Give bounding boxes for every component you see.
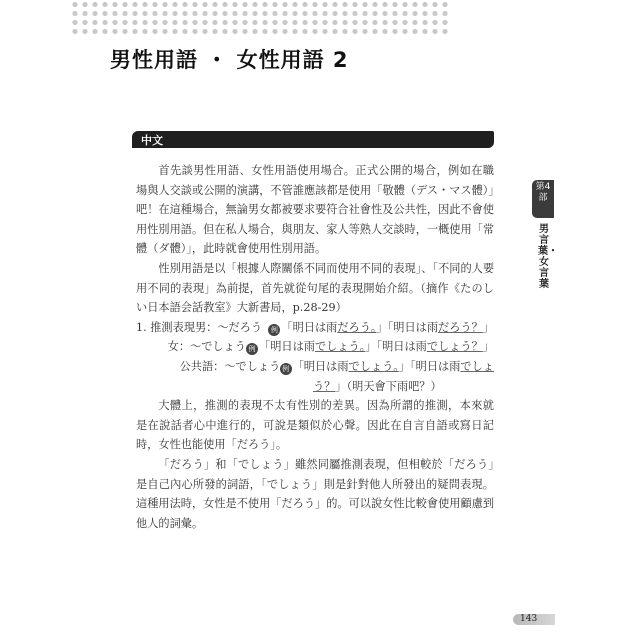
chapter-tab: 第4部 [532,180,554,218]
example-text: 」 [483,321,494,334]
example-underlined: う？ [313,380,335,393]
examples-block: 1. 推測表現 男：～だろう 例「明日は雨だろう。」「明日は雨だろう？」 女：～… [136,318,494,396]
example-row: 公共語：～でしょう 例「明日は雨でしょう。」「明日は雨でしょ [136,357,494,377]
body-text: 首先談男性用語、女性用語使用場合。正式公開的場合，例如在職場與人交談或公開的演講… [136,161,494,533]
example-underlined: だろう？ [438,321,483,334]
example-text: 「明日は雨 [259,340,315,353]
dot-pattern-decoration [70,0,452,36]
paragraph: 性別用語是以「根據人際關係不同而使用不同的表現」、「不同的人要用不同的表現」為前… [136,259,494,318]
page-title: 男性用語 ・ 女性用語 2 [110,44,349,74]
example-icon: 例 [246,343,258,355]
example-text: 「明日は雨 [388,321,438,334]
paragraph: 大體上，推測的表現不太有性別的差異。因為所謂的推測，本來就是在說話者心中進行的，… [136,396,494,455]
example-underlined: でしょう。 [315,340,365,353]
example-row: う？」（明天會下雨吧？） [136,377,494,397]
example-text: 「明日は雨 [410,360,460,373]
paragraph: 首先談男性用語、女性用語使用場合。正式公開的場合，例如在職場與人交談或公開的演講… [136,161,494,259]
example-text: 」（明天會下雨吧？） [335,380,441,393]
example-text: 」 [483,340,494,353]
example-underlined: だろう。 [337,321,376,334]
example-icon: 例 [268,324,280,336]
example-form: 女：～でしょう [168,337,246,357]
example-underlined: でしょう。 [349,360,399,373]
example-text: 「明日は雨 [293,360,349,373]
example-row: 1. 推測表現 男：～だろう 例「明日は雨だろう。」「明日は雨だろう？」 [136,318,494,338]
example-icon: 例 [280,363,292,375]
example-text: 」 [376,321,387,334]
example-text: 「明日は雨 [377,340,427,353]
example-text: 」 [365,340,376,353]
example-text: 「明日は雨 [281,321,337,334]
example-text: 」 [399,360,410,373]
examples-heading: 1. 推測表現 [136,318,195,338]
page-number: 143 [513,614,555,625]
paragraph: 「だろう」和「でしょう」雖然同屬推測表現，但相較於「だろう」是自己內心所發的詞語… [136,455,494,533]
example-underlined: でしょう？ [427,340,483,353]
section-label: 中文 [141,132,163,148]
chapter-label: 男言葉・女言葉 [538,224,550,290]
example-underlined: でしょ [460,360,494,373]
example-form: 公共語：～でしょう [180,357,280,377]
example-row: 女：～でしょう 例「明日は雨でしょう。」「明日は雨でしょう？」 [136,337,494,357]
example-form: 男：～だろう [195,318,268,338]
section-header-bar: 中文 [132,131,494,148]
